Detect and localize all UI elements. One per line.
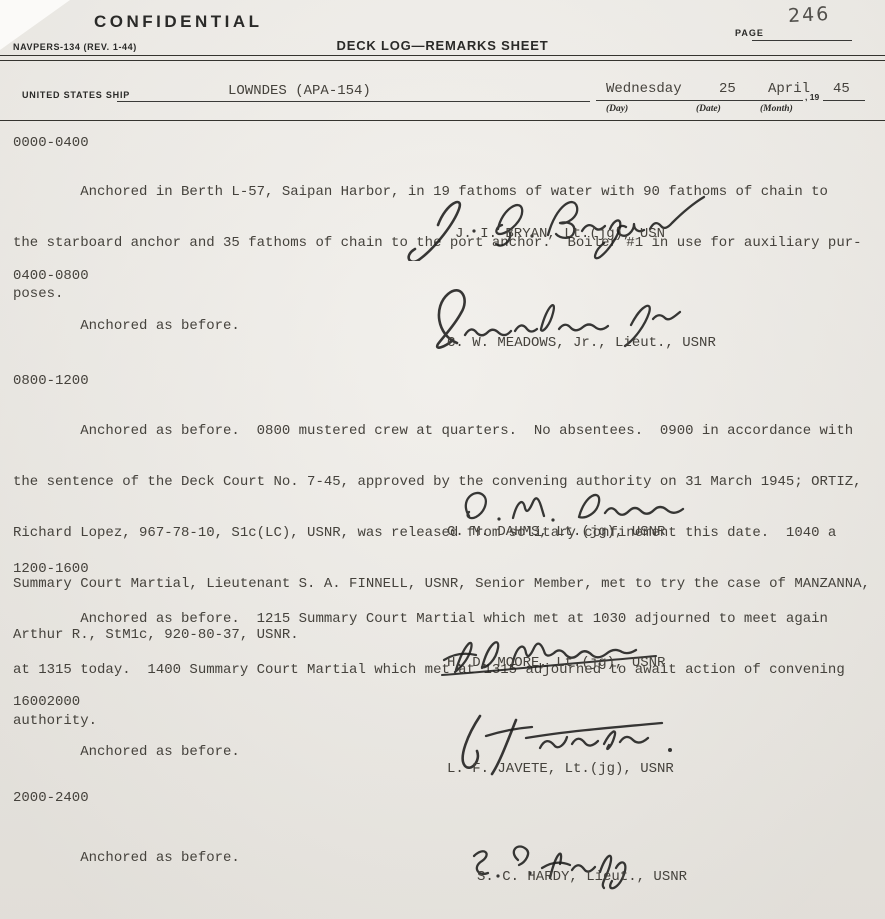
page-number: 246 [787, 3, 830, 27]
date-date-value: 25 [719, 81, 736, 97]
entry-text: Anchored as before. [13, 710, 240, 795]
entry-time: 0400-0800 [13, 268, 89, 284]
date-day-label: (Day) [606, 104, 628, 114]
entry-line: at 1315 today. 1400 Summary Court Martia… [13, 662, 845, 679]
signature-typed-name: L. F. JAVETE, Lt.(jg), USNR [447, 761, 674, 777]
year-underline [823, 100, 865, 101]
date-day-value: Wednesday [606, 81, 682, 97]
ship-label: UNITED STATES SHIP [22, 90, 130, 100]
page-label: PAGE [735, 28, 764, 38]
signature-typed-name: J. I. BRYAN, Lt.(jg), USN [455, 226, 665, 242]
entry-line: Richard Lopez, 967-78-10, S1c(LC), USNR,… [13, 525, 870, 542]
entry-time: 1200-1600 [13, 561, 89, 577]
date-month-value: April [768, 81, 810, 97]
entry-time: 0000-0400 [13, 135, 89, 151]
deck-log-sheet: CONFIDENTIAL PAGE 246 NAVPERS-134 (REV. … [0, 0, 885, 919]
entry-line: the sentence of the Deck Court No. 7-45,… [13, 474, 870, 491]
entry-line: Anchored as before. [13, 850, 240, 867]
signature-typed-name: H. D. MOORE, Lt.(jg), USNR [447, 655, 665, 671]
date-year-prefix: , 19 [805, 92, 819, 102]
entry-text: Anchored as before. [13, 284, 240, 369]
entry-line: Anchored as before. [13, 744, 240, 761]
classification-banner: CONFIDENTIAL [94, 12, 263, 32]
entry-text: Anchored as before. [13, 816, 240, 901]
entry-line: Anchored as before. [13, 318, 240, 335]
header-double-rule [0, 55, 885, 61]
signature-typed-name: G. M. DAHMS, Lt.(jg), USNR [447, 524, 665, 540]
date-year-value: 45 [833, 81, 850, 97]
entry-time: 0800-1200 [13, 373, 89, 389]
ship-name: LOWNDES (APA-154) [228, 83, 371, 99]
entry-line: Anchored as before. 1215 Summary Court M… [13, 611, 845, 628]
signature-typed-name: C. W. MEADOWS, Jr., Lieut., USNR [447, 335, 716, 351]
ship-name-underline [117, 101, 590, 102]
date-underline [596, 100, 803, 101]
date-month-label: (Month) [760, 104, 793, 114]
entry-time: 2000-2400 [13, 790, 89, 806]
form-title: DECK LOG—REMARKS SHEET [0, 38, 885, 53]
header-bottom-rule [0, 120, 885, 121]
signature-bryan [398, 189, 708, 261]
entry-line: Anchored as before. 0800 mustered crew a… [13, 423, 870, 440]
date-date-label: (Date) [696, 104, 721, 114]
signature-typed-name: S. C. HARDY, Lieut., USNR [477, 869, 687, 885]
entry-time: 16002000 [13, 694, 80, 710]
